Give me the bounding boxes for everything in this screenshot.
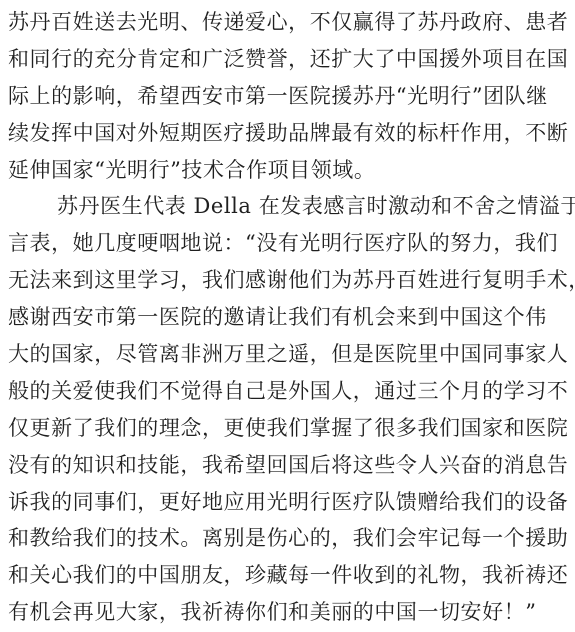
text-line: 延伸国家“光明行”技术合作项目领域。 bbox=[8, 152, 568, 189]
text-line: 言表，她几度哽咽地说：“没有光明行医疗队的努力，我们 bbox=[8, 225, 568, 262]
paragraph-2: 苏丹医生代表 Della 在发表感言时激动和不舍之情溢于 言表，她几度哽咽地说：… bbox=[8, 188, 568, 631]
text-line: 苏丹医生代表 Della 在发表感言时激动和不舍之情溢于 bbox=[8, 188, 568, 225]
text-line: 仅更新了我们的理念，更使我们掌握了很多我们国家和医院 bbox=[8, 410, 568, 447]
text-line: 续发挥中国对外短期医疗援助品牌最有效的标杆作用，不断 bbox=[8, 115, 568, 152]
text-line: 和同行的充分肯定和广泛赞誉，还扩大了中国援外项目在国 bbox=[8, 41, 568, 78]
text-line: 大的国家，尽管离非洲万里之遥，但是医院里中国同事家人 bbox=[8, 336, 568, 373]
text-line: 和教给我们的技术。离别是伤心的，我们会牢记每一个援助 bbox=[8, 520, 568, 557]
text-line: 感谢西安市第一医院的邀请让我们有机会来到中国这个伟 bbox=[8, 299, 568, 336]
text-line: 没有的知识和技能，我希望回国后将这些令人兴奋的消息告 bbox=[8, 447, 568, 484]
text-line: 和关心我们的中国朋友，珍藏每一件收到的礼物，我祈祷还 bbox=[8, 557, 568, 594]
text-line: 际上的影响，希望西安市第一医院援苏丹“光明行”团队继 bbox=[8, 78, 568, 115]
paragraph-1: 苏丹百姓送去光明、传递爱心，不仅赢得了苏丹政府、患者 和同行的充分肯定和广泛赞誉… bbox=[8, 4, 568, 188]
text-line: 有机会再见大家，我祈祷你们和美丽的中国一切安好！” bbox=[8, 594, 568, 631]
text-line: 无法来到这里学习，我们感谢他们为苏丹百姓进行复明手术， bbox=[8, 262, 568, 299]
text-line: 般的关爱使我们不觉得自己是外国人，通过三个月的学习不 bbox=[8, 373, 568, 410]
document-page: 苏丹百姓送去光明、传递爱心，不仅赢得了苏丹政府、患者 和同行的充分肯定和广泛赞誉… bbox=[0, 0, 575, 632]
text-line: 诉我的同事们，更好地应用光明行医疗队馈赠给我们的设备 bbox=[8, 484, 568, 521]
text-line: 苏丹百姓送去光明、传递爱心，不仅赢得了苏丹政府、患者 bbox=[8, 4, 568, 41]
